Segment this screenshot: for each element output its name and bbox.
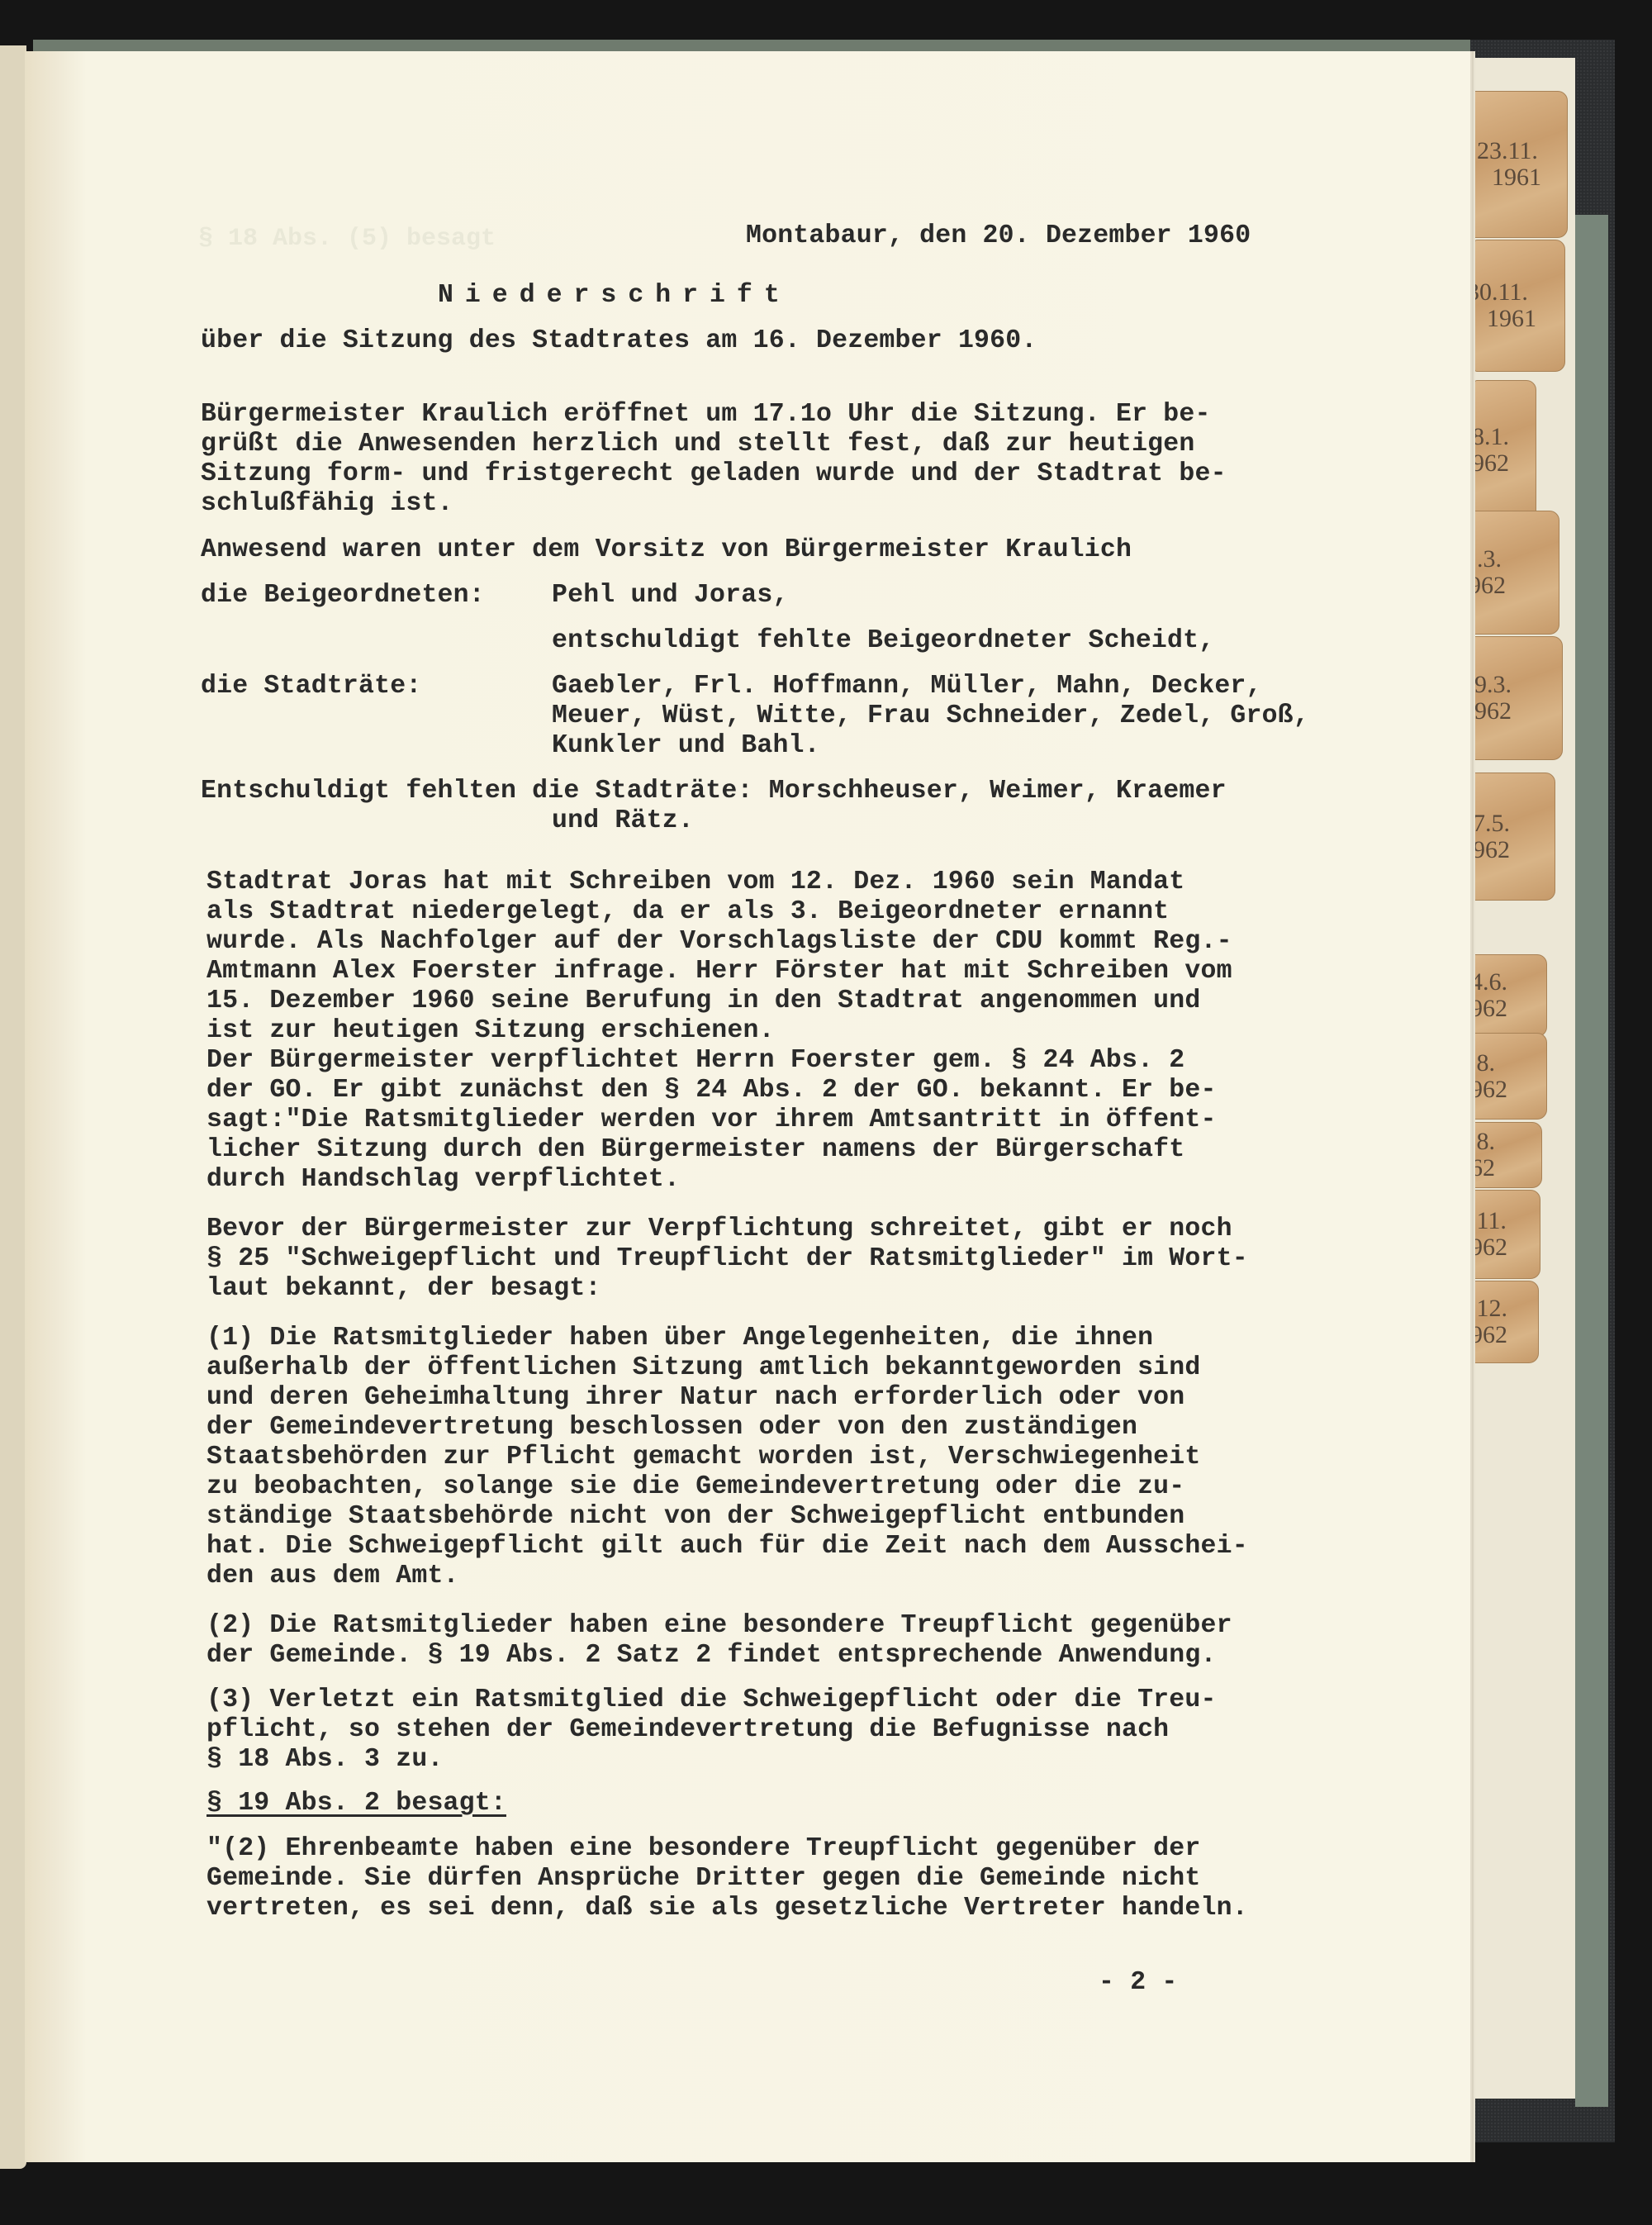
stadtraete-line: Kunkler und Bahl.: [552, 731, 820, 761]
text-line: durch Handschlag verpflichtet.: [206, 1165, 680, 1195]
text-line: als Stadtrat niedergelegt, da er als 3. …: [206, 897, 1169, 927]
text-line: außerhalb der öffentlichen Sitzung amtli…: [206, 1353, 1201, 1383]
stadtraete-line: Gaebler, Frl. Hoffmann, Müller, Mahn, De…: [552, 672, 1262, 701]
tab-label: 8.1.: [1474, 424, 1536, 450]
text-line: 15. Dezember 1960 seine Berufung in den …: [206, 987, 1201, 1016]
text-line: laut bekannt, der besagt:: [206, 1274, 601, 1304]
text-line: Bürgermeister Kraulich eröffnet um 17.1o…: [201, 400, 1211, 430]
text-line: wurde. Als Nachfolger auf der Vorschlags…: [206, 927, 1232, 957]
beigeordnete-value: Pehl und Joras,: [552, 581, 789, 611]
index-tab[interactable]: 7.5. 962: [1469, 773, 1555, 901]
text-line: (2) Die Ratsmitglieder haben eine besond…: [206, 1611, 1232, 1641]
text-line: und deren Geheimhaltung ihrer Natur nach…: [206, 1383, 1184, 1413]
text-line: § 18 Abs. 3 zu.: [206, 1745, 444, 1775]
attendance-intro: Anwesend waren unter dem Vorsitz von Bür…: [201, 535, 1132, 565]
page-number: - 2 -: [1099, 1968, 1178, 1998]
tab-label: .11.: [1470, 1208, 1540, 1234]
stadtraete-label: die Stadträte:: [201, 672, 421, 701]
index-tab[interactable]: .12. 962: [1466, 1281, 1539, 1363]
place-date: Montabaur, den 20. Dezember 1960: [746, 221, 1251, 251]
absent-councillors-cont: und Rätz.: [552, 806, 694, 836]
tab-label: .8.: [1470, 1129, 1541, 1155]
index-tab[interactable]: .8. 962: [1466, 1033, 1547, 1120]
tab-label: 962: [1473, 573, 1559, 599]
text-line: licher Sitzung durch den Bürgermeister n…: [206, 1135, 1184, 1165]
index-tab[interactable]: .11. 962: [1466, 1190, 1540, 1279]
text-line: zu beobachten, solange sie die Gemeindev…: [206, 1472, 1184, 1502]
text-line: Der Bürgermeister verpflichtet Herrn Foe…: [206, 1046, 1184, 1076]
index-tab[interactable]: 4.6. 962: [1466, 954, 1547, 1037]
text-line: der Gemeindevertretung beschlossen oder …: [206, 1413, 1137, 1443]
tab-label: .8.: [1470, 1050, 1546, 1077]
index-tab[interactable]: .3. 962: [1473, 511, 1559, 635]
text-line: Gemeinde. Sie dürfen Ansprüche Dritter g…: [206, 1864, 1201, 1894]
absent-councillors: Entschuldigt fehlten die Stadträte: Mors…: [201, 777, 1227, 806]
text-line: vertreten, es sei denn, daß sie als gese…: [206, 1894, 1248, 1923]
tab-label: 962: [1470, 1234, 1540, 1261]
text-line: den aus dem Amt.: [206, 1562, 459, 1591]
tab-label: 962: [1470, 1077, 1546, 1103]
tab-label: 7.5.: [1473, 811, 1555, 837]
text-line: Bevor der Bürgermeister zur Verpflichtun…: [206, 1215, 1232, 1244]
tab-label: 962: [1474, 698, 1562, 725]
text-line: pflicht, so stehen der Gemeindevertretun…: [206, 1715, 1169, 1745]
section-19-heading: § 19 Abs. 2 besagt:: [206, 1789, 506, 1819]
index-tab[interactable]: 8.1. 962: [1474, 380, 1536, 521]
text-line: sagt:"Die Ratsmitglieder werden vor ihre…: [206, 1105, 1217, 1135]
tab-label: 23.11.: [1477, 138, 1567, 164]
tab-label: 962: [1470, 996, 1546, 1022]
text-line: schlußfähig ist.: [201, 489, 453, 519]
tab-label: .3.: [1477, 546, 1559, 573]
index-tab[interactable]: .8. 62: [1466, 1122, 1542, 1188]
text-line: § 25 "Schweigepflicht und Treupflicht de…: [206, 1244, 1248, 1274]
tab-label: 4.6.: [1470, 969, 1546, 996]
tab-label: 962: [1474, 450, 1536, 477]
document-title: Niederschrift: [438, 281, 791, 311]
tab-label: 962: [1470, 1322, 1538, 1348]
binder-edge-right: [1575, 215, 1608, 2107]
tab-label: 62: [1470, 1155, 1541, 1181]
text-line: der GO. Er gibt zunächst den § 24 Abs. 2…: [206, 1076, 1217, 1105]
index-tab[interactable]: 23.11. 1961: [1473, 91, 1568, 238]
text-line: Stadtrat Joras hat mit Schreiben vom 12.…: [206, 868, 1184, 897]
index-tab[interactable]: 9.3. 962: [1470, 636, 1563, 760]
tab-label: .12.: [1470, 1296, 1538, 1322]
text-line: Staatsbehörden zur Pflicht gemacht worde…: [206, 1443, 1201, 1472]
index-tab[interactable]: 30.11. 1961: [1474, 240, 1565, 372]
beigeordnete-absent: entschuldigt fehlte Beigeordneter Scheid…: [552, 626, 1214, 656]
tab-label: 1961: [1479, 306, 1564, 332]
text-line: "(2) Ehrenbeamte haben eine besondere Tr…: [206, 1834, 1201, 1864]
text-line: hat. Die Schweigepflicht gilt auch für d…: [206, 1532, 1248, 1562]
tab-label: 30.11.: [1474, 279, 1564, 306]
text-line: ständige Staatsbehörde nicht von der Sch…: [206, 1502, 1184, 1532]
left-page-edge: [0, 45, 26, 2169]
text-line: (3) Verletzt ein Ratsmitglied die Schwei…: [206, 1685, 1217, 1715]
tab-label: 1961: [1477, 164, 1567, 191]
text-line: (1) Die Ratsmitglieder haben über Angele…: [206, 1324, 1153, 1353]
stadtraete-line: Meuer, Wüst, Witte, Frau Schneider, Zede…: [552, 701, 1309, 731]
text-line: Sitzung form- und fristgerecht geladen w…: [201, 459, 1227, 489]
tab-label: 962: [1473, 837, 1555, 863]
text-line: der Gemeinde. § 19 Abs. 2 Satz 2 findet …: [206, 1641, 1217, 1671]
document-subtitle: über die Sitzung des Stadtrates am 16. D…: [201, 326, 1037, 356]
text-line: Amtmann Alex Foerster infrage. Herr Förs…: [206, 957, 1232, 987]
text-line: grüßt die Anwesenden herzlich und stellt…: [201, 430, 1195, 459]
tab-label: 9.3.: [1474, 672, 1562, 698]
text-line: ist zur heutigen Sitzung erschienen.: [206, 1016, 775, 1046]
beigeordnete-label: die Beigeordneten:: [201, 581, 485, 611]
